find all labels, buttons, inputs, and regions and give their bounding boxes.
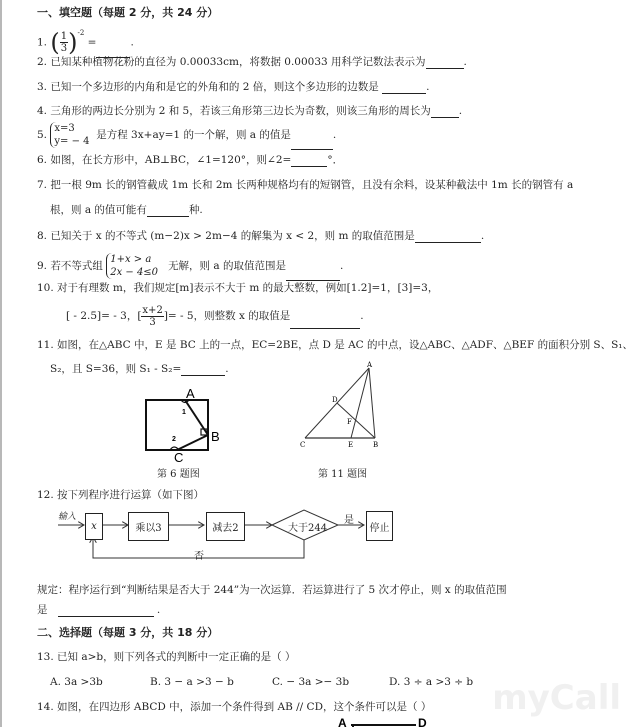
question-14: 14. 如图，在四边形 ABCD 中，添加一个条件得到 AB // CD，这个条… [37,700,431,714]
question-9: 9. 若不等式组 1+x > a2x − 4≤0 无解，则 a 的取值范围是. [37,251,343,281]
section2-title: 二、选择题（每题 3 分，共 18 分） [37,626,218,640]
question-10-line1: 10. 对于有理数 m，我们规定[m]表示不大于 m 的最大整数，例如[1.2]… [37,281,438,295]
q8-answer-blank[interactable] [415,231,481,243]
q4-answer-blank[interactable] [431,106,459,118]
q13-option-b[interactable]: B. 3 − a >3 − b [150,675,234,689]
q6-answer-blank[interactable] [291,155,327,167]
question-5: 5. x=3y= − 4 是方程 3x+ay=1 的一个解，则 a 的值是. [37,120,336,150]
question-4: 4. 三角形的两边长分别为 2 和 5，若该三角形第三边长为奇数，则该三角形的周… [37,104,462,118]
q6-end: °． [327,154,343,166]
section1-title: 一、填空题（每题 2 分，共 24 分） [37,6,218,20]
q12-end: . [157,604,160,616]
fig11-label-a: A [366,361,373,369]
left-paren: ( [50,29,59,57]
q5-eq1: x=3 [54,123,74,134]
figure-14-quadrilateral: A D [336,715,436,727]
fig11-label-d: D [332,396,338,404]
flow-x-box: x [85,513,103,540]
q12-rule-text: 规定：程序运行到“判断结果是否大于 244”为一次运算．若运算进行了 5 次才停… [37,583,507,597]
q5-system: x=3y= − 4 [50,122,89,148]
fig6-angle-1: 1 [182,409,186,416]
fig14-label-d: D [418,716,427,727]
q1-equals: = [88,37,97,49]
flow-condition-label: 大于244 [288,519,327,534]
q6-text: 6. 如图，在长方形中，AB⊥BC，∠1=120°，则∠2= [37,154,291,166]
fig6-label-b: B [211,429,220,444]
question-8: 8. 已知关于 x 的不等式 (m−2)x > 2m−4 的解集为 x < 2，… [37,229,484,243]
q5-eq2: y= − 4 [54,136,89,147]
q12-answer-blank[interactable] [58,605,154,617]
fig11-label-f: F [347,418,352,426]
q4-text: 4. 三角形的两边长分别为 2 和 5，若该三角形第三边长为奇数，则该三角形的周… [37,105,431,117]
q12-is: 是 [37,604,48,616]
question-13: 13. 已知 a>b，则下列各式的判断中一定正确的是（ ） [37,650,296,664]
fig11-label-c: C [300,441,305,449]
q10-part1: [ - 2.5]= - 3，[ [66,310,141,322]
q10-part2: ]= - 5，则整数 x 的取值是 [164,310,290,322]
figure-11-caption: 第 11 题图 [318,465,367,480]
q13-option-a[interactable]: A. 3a >3b [50,675,103,689]
fig14-label-a: A [338,716,347,727]
question-11-line1: 11. 如图，在△ABC 中，E 是 BC 上的一点，EC=2BE，点 D 是 … [37,338,631,352]
q3-text: 3. 已知一个多边形的内角和是它的外角和的 2 倍，则这个多边形的边数是 [37,81,379,93]
q1-number: 1. [37,37,47,49]
q10-end: . [360,310,363,322]
q9-ineq1: 1+x > a [110,254,151,265]
q2-answer-blank[interactable] [426,57,464,69]
fig6-label-c: C [174,450,183,465]
flow-stop-box: 停止 [366,511,393,541]
fig11-label-e: E [348,441,353,449]
q8-end: . [481,230,484,242]
q5-answer-blank[interactable] [291,138,333,150]
q9-text: 无解，则 a 的取值范围是 [168,260,286,272]
question-7-line2: 根，则 a 的值可能有种. [50,203,203,217]
question-10-line2: [ - 2.5]= - 3，[x+23]= - 5，则整数 x 的取值是. [66,303,364,329]
q11-text: S₂，且 S=36，则 S₁ - S₂= [50,363,181,375]
question-6: 6. 如图，在长方形中，AB⊥BC，∠1=120°，则∠2=°． [37,153,343,167]
q2-end: . [464,56,467,68]
flow-no-label: 否 [194,547,204,562]
q3-end: . [426,81,429,93]
fig6-label-a: A [186,386,195,401]
question-12: 12. 按下列程序进行运算（如下图） [37,488,204,502]
q9-answer-blank[interactable] [286,269,340,281]
figure-11-triangle-diagram: A D F C E B [295,358,390,453]
q9-ineq2: 2x − 4≤0 [110,267,158,278]
q1-numerator: 1 [60,31,68,43]
question-7-line1: 7. 把一根 9m 长的钢管截成 1m 长和 2m 长两种规格均有的短钢管，且没… [37,178,573,192]
q1-denominator: 3 [61,43,67,54]
q10-numerator: x+2 [141,305,163,317]
q10-answer-blank[interactable] [290,317,360,329]
q10-fraction: x+23 [141,305,163,328]
question-1: 1. (13)-2 =. [37,24,134,58]
flow-yes-label: 是 [344,511,354,526]
question-3: 3. 已知一个多边形的内角和是它的外角和的 2 倍，则这个多边形的边数是 . [37,80,429,94]
q1-exponent: -2 [78,29,85,37]
q4-end: . [459,105,462,117]
q13-option-c[interactable]: C. − 3a >− 3b [272,675,349,689]
q12-line2: 是 . [37,603,160,617]
q9-end: . [340,260,343,272]
flow-input-label: 输入 [58,509,76,522]
q13-option-d[interactable]: D. 3 ÷ a >3 ÷ b [389,675,473,689]
fig6-angle-2: 2 [172,436,176,443]
q9-system: 1+x > a2x − 4≤0 [106,253,158,279]
q9-number: 9. 若不等式组 [37,260,103,272]
q5-number: 5. [37,129,47,141]
q8-text: 8. 已知关于 x 的不等式 (m−2)x > 2m−4 的解集为 x < 2，… [37,230,415,242]
question-2: 2. 已知某种植物花粉的直径为 0.00033cm，将数据 0.00033 用科… [37,55,467,69]
q2-text: 2. 已知某种植物花粉的直径为 0.00033cm，将数据 0.00033 用科… [37,56,426,68]
q11-end: . [225,363,228,375]
q10-denominator: 3 [149,317,155,328]
flow-multiply-box: 乘以3 [128,512,169,541]
q5-text: 是方程 3x+ay=1 的一个解，则 a 的值是 [96,129,291,141]
q7-end: 种. [189,204,203,216]
q7-text: 根，则 a 的值可能有 [50,204,147,216]
fig11-label-b: B [373,441,378,449]
figure-6-caption: 第 6 题图 [157,465,200,480]
figure-6-rectangle-diagram: A B C 1 2 [140,384,230,466]
q1-end: . [130,37,133,49]
q1-fraction: 13 [60,31,68,54]
q11-answer-blank[interactable] [181,364,225,376]
q7-answer-blank[interactable] [147,205,189,217]
q5-end: . [333,129,336,141]
right-paren: ) [68,29,77,57]
page-left-border [0,0,2,727]
q3-answer-blank[interactable] [382,82,426,94]
question-11-line2: S₂，且 S=36，则 S₁ - S₂=. [50,362,229,376]
watermark-logo: myCall [492,678,621,718]
flow-subtract-box: 减去2 [206,512,245,541]
